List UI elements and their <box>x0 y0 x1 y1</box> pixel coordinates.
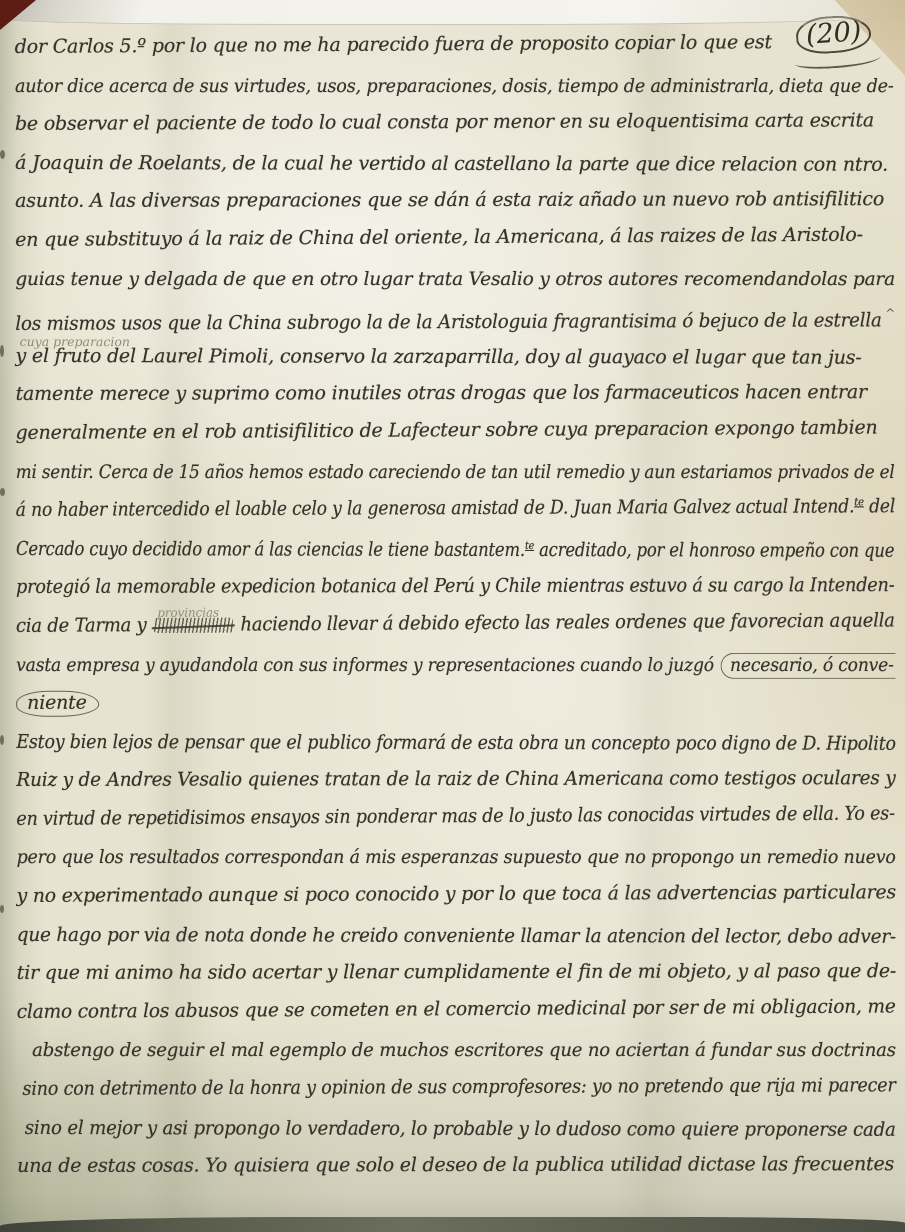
text-segment: autor dice acerca de sus virtudes, usos,… <box>15 75 894 97</box>
manuscript-line: dor Carlos 5.º por lo que no me ha parec… <box>15 22 894 66</box>
manuscript-line: Estoy bien lejos de pensar que el public… <box>16 723 822 763</box>
text-segment: clamo contra los abusos que se cometen e… <box>17 995 896 1023</box>
text-segment: te <box>854 496 864 507</box>
manuscript-line: en que substituyo á la raiz de China del… <box>15 215 894 259</box>
manuscript-line: guias tenue y delgada de que en otro lug… <box>15 259 874 298</box>
paper-stain <box>0 905 4 913</box>
paper-top-edge <box>0 0 905 25</box>
text-segment: abstengo de seguir el mal egemplo de muc… <box>32 1039 896 1061</box>
manuscript-line: be observar el paciente de todo lo cual … <box>15 101 894 143</box>
crossed-out-word <box>154 617 233 632</box>
text-segment: te <box>525 540 534 551</box>
text-segment: mi sentir. Cerca de 15 años hemos estado… <box>16 460 895 482</box>
text-segment: generalmente en el rob antisifilitico de… <box>15 416 877 443</box>
text-segment: acreditado, por el honroso empeño con qu… <box>534 539 894 562</box>
manuscript-line: autor dice acerca de sus virtudes, usos,… <box>15 67 829 106</box>
text-segment: Ruiz y de Andres Vesalio quienes tratan … <box>16 767 895 791</box>
manuscript-line: mi sentir. Cerca de 15 años hemos estado… <box>16 452 792 491</box>
manuscript-line: asunto. A las diversas preparaciones que… <box>15 180 894 220</box>
manuscript-line: Cercado cuyo decidido amor á las ciencia… <box>16 530 776 570</box>
text-segment: sino el mejor y asi propongo lo verdader… <box>25 1117 896 1141</box>
manuscript-line: que hago por via de nota donde he creido… <box>17 916 869 956</box>
manuscript-line: generalmente en el rob antisifilitico de… <box>15 408 894 452</box>
manuscript-lines: dor Carlos 5.º por lo que no me ha parec… <box>15 26 896 1186</box>
text-segment: en que substituyo á la raiz de China del… <box>15 224 863 251</box>
text-segment: Estoy bien lejos de pensar que el public… <box>16 731 896 755</box>
text-segment: protegió la memorable expedicion botanic… <box>16 574 895 598</box>
text-segment: niente <box>16 691 100 717</box>
manuscript-line: á Joaquin de Roelants, de la cual he ver… <box>15 144 894 184</box>
manuscript-line: á no haber intercedido el loable celo y … <box>16 488 809 530</box>
manuscript-line: pero que los resultados correspondan á m… <box>17 838 823 877</box>
manuscript-line: vasta empresa y ayudandola con sus infor… <box>16 645 809 684</box>
text-segment: asunto. A las diversas preparaciones que… <box>15 188 884 212</box>
text-segment: sino con detrimento de la honra y opinio… <box>22 1074 895 1100</box>
manuscript-line: tamente merece y suprimo como inutiles o… <box>16 373 895 413</box>
manuscript-line: cuya preparaciony el fruto del Laurel Pi… <box>16 337 895 377</box>
text-segment: pero que los resultados correspondan á m… <box>17 846 896 868</box>
text-segment: guias tenue y delgada de que en otro lug… <box>15 267 895 289</box>
text-segment: necesario, ó conve- <box>721 652 896 678</box>
manuscript-line: Ruiz y de Andres Vesalio quienes tratan … <box>16 759 870 799</box>
text-segment: los mismos usos que la China subrogo la … <box>15 309 881 335</box>
interlinear-note: cuya preparacion <box>20 336 130 348</box>
text-segment: que hago por via de nota donde he creido… <box>17 924 896 948</box>
manuscript-line: tir que mi animo ha sido acertar y llena… <box>17 952 894 992</box>
text-segment: dor Carlos 5.º por lo que no me ha parec… <box>15 31 772 58</box>
text-segment: tamente merece y suprimo como inutiles o… <box>16 381 867 405</box>
text-segment: á Joaquin de Roelants, de la cual he ver… <box>15 152 888 176</box>
manuscript-line: y no experimentado aunque si poco conoci… <box>16 873 888 915</box>
text-segment: una de estas cosas. Yo quisiera que solo… <box>17 1153 894 1177</box>
manuscript-line: sino el mejor y asi propongo lo verdader… <box>17 1109 857 1149</box>
text-segment: y el fruto del Laurel Pimoli, conservo l… <box>16 345 862 369</box>
text-segment: en virtud de repetidisimos ensayos sin p… <box>16 802 895 830</box>
text-segment: haciendo llevar á debido efecto las real… <box>235 609 895 635</box>
manuscript-line: una de estas cosas. Yo quisiera que solo… <box>17 1145 896 1185</box>
scan-bottom-band <box>0 1217 905 1232</box>
text-segment: y no experimentado aunque si poco conoci… <box>17 881 896 907</box>
manuscript-page: (20) dor Carlos 5.º por lo que no me ha … <box>0 0 905 1232</box>
text-segment: ^ <box>885 294 895 333</box>
manuscript-line: sino con detrimento de la honra y opinio… <box>17 1067 828 1109</box>
manuscript-line: clamo contra los abusos que se cometen e… <box>17 987 876 1031</box>
text-segment: vasta empresa y ayudandola con sus infor… <box>16 653 719 675</box>
text-segment: Cercado cuyo decidido amor á las ciencia… <box>16 538 525 561</box>
manuscript-line: provinciascia de Tarma y haciendo llevar… <box>16 602 845 646</box>
paper-stain <box>0 345 4 357</box>
text-segment: tir que mi animo ha sido acertar y llena… <box>17 960 896 984</box>
text-segment: be observar el paciente de todo lo cual … <box>15 110 874 136</box>
manuscript-line: abstengo de seguir el mal egemplo de muc… <box>17 1031 852 1070</box>
paper-stain <box>0 735 4 745</box>
paper-stain <box>0 150 5 159</box>
paper-stain <box>0 488 5 496</box>
text-segment: del <box>864 495 895 517</box>
manuscript-line: en virtud de repetidisimos ensayos sin p… <box>16 795 826 839</box>
manuscript-line: niente <box>16 680 895 722</box>
text-segment: á no haber intercedido el loable celo y … <box>16 496 855 522</box>
manuscript-line: los mismos usos que la China subrogo la … <box>15 295 858 337</box>
text-segment: cia de Tarma y <box>16 614 152 637</box>
manuscript-line: protegió la memorable expedicion botanic… <box>16 567 832 607</box>
